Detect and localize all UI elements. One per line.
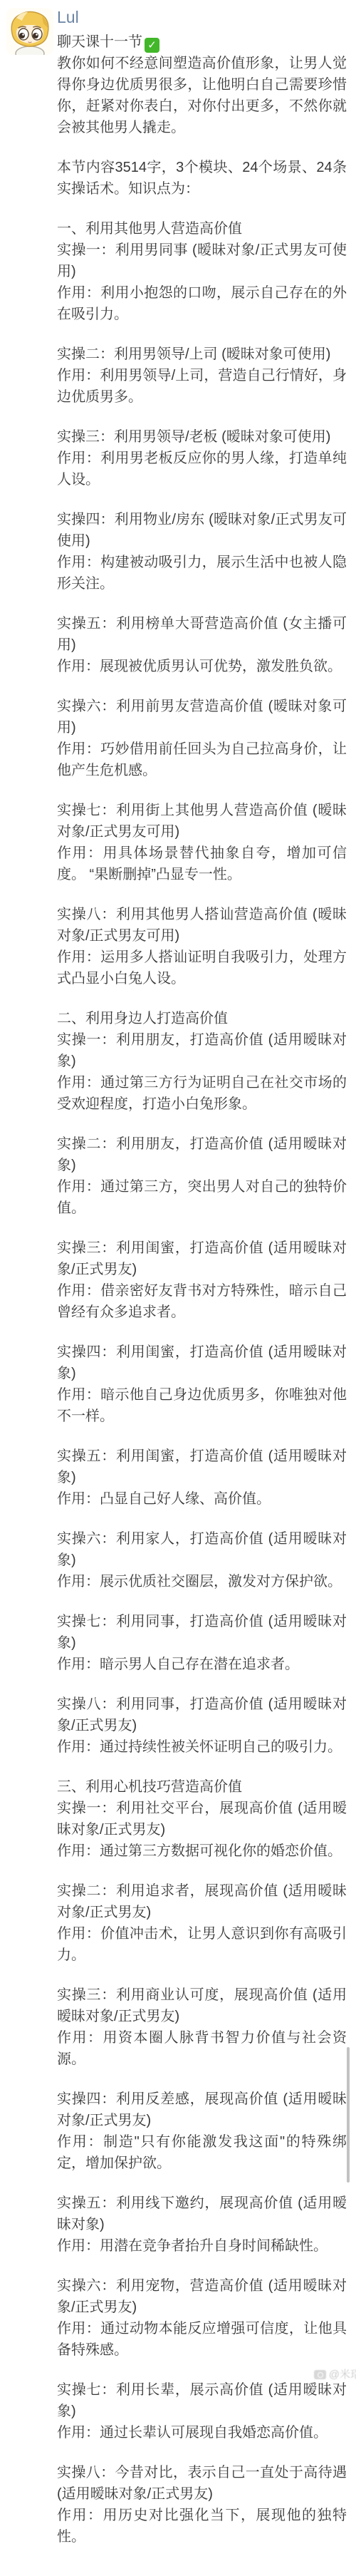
watermark-text: @米珞: [329, 2369, 356, 2380]
item-title: 实操八：利用其他男人搭讪营造高价值 (暧昧对象/正式男友可用): [57, 904, 347, 947]
item-effect: 作用：巧妙借用前任回头为自己拉高身价，让他产生危机感。: [57, 738, 347, 781]
item-title: 实操四：利用闺蜜，打造高价值 (适用暧昧对象): [57, 1341, 347, 1384]
item-effect: 作用：暗示男人自己存在潜在追求者。: [57, 1654, 347, 1675]
item-title: 实操四：利用反差感，展现高价值 (适用暧昧对象/正式男友): [57, 2088, 347, 2131]
item-effect: 作用：暗示他自己身边优质男多，你唯独对他不一样。: [57, 1384, 347, 1427]
practice-item: 实操三：利用闺蜜，打造高价值 (适用暧昧对象/正式男友)作用：借亲密好友背书对方…: [57, 1237, 347, 1323]
practice-item: 实操三：利用商业认可度，展现高价值 (适用暧昧对象/正式男友)作用：用资本圈人脉…: [57, 1984, 347, 2070]
practice-item: 实操一：利用男同事 (暧昧对象/正式男友可使用)作用：利用小抱怨的口吻，展示自己…: [57, 239, 347, 325]
item-effect: 作用：凸显自己好人缘、高价值。: [57, 1488, 347, 1510]
item-title: 实操五：利用线下邀约，展现高价值 (适用暧昧对象): [57, 2193, 347, 2235]
item-title: 实操八：利用同事，打造高价值 (适用暧昧对象/正式男友): [57, 1694, 347, 1736]
item-title: 实操四：利用物业/房东 (暧昧对象/正式男友可使用): [57, 509, 347, 552]
camera-icon: [314, 2370, 326, 2379]
item-effect: 作用：通过长辈认可展现自我婚恋高价值。: [57, 2422, 347, 2443]
scrollbar-thumb[interactable]: [347, 2047, 350, 2183]
weibo-post: Lul 聊天课十一节 教你如何不经意间塑造高价值形象，让男人觉得你身边优质男很多…: [0, 0, 356, 2576]
item-effect: 作用：通过第三方，突出男人对自己的独特价值。: [57, 1176, 347, 1219]
item-title: 实操三：利用男领导/老板 (暧昧对象可使用): [57, 426, 347, 448]
practice-item: 实操五：利用闺蜜，打造高价值 (适用暧昧对象)作用：凸显自己好人缘、高价值。: [57, 1446, 347, 1510]
item-title: 实操一：利用社交平台，展现高价值 (适用暧昧对象/正式男友): [57, 1798, 347, 1840]
practice-item: 实操三：利用男领导/老板 (暧昧对象可使用)作用：利用男老板反应你的男人缘，打造…: [57, 426, 347, 490]
item-title: 实操一：利用朋友，打造高价值 (适用暧昧对象): [57, 1029, 347, 1072]
item-title: 实操二：利用朋友，打造高价值 (适用暧昧对象): [57, 1133, 347, 1176]
item-effect: 作用：运用多人搭讪证明自我吸引力，处理方式凸显小白兔人设。: [57, 947, 347, 989]
item-title: 实操一：利用男同事 (暧昧对象/正式男友可使用): [57, 239, 347, 282]
item-effect: 作用：通过持续性被关怀证明自己的吸引力。: [57, 1736, 347, 1758]
item-title: 实操七：利用长辈，展示高价值 (适用暧昧对象): [57, 2379, 347, 2422]
practice-item: 实操八：今昔对比，表示自己一直处于高待遇 (适用暧昧对象/正式男友)作用：用历史…: [57, 2462, 347, 2547]
item-title: 实操二：利用男领导/上司 (暧昧对象可使用): [57, 344, 347, 365]
item-effect: 作用：用具体场景替代抽象自夸，增加可信度。 “果断删掉”凸显专一性。: [57, 843, 347, 885]
item-effect: 作用：借亲密好友背书对方特殊性，暗示自己曾经有众多追求者。: [57, 1280, 347, 1323]
item-effect: 作用：利用男老板反应你的男人缘，打造单纯人设。: [57, 448, 347, 490]
item-effect: 作用：价值冲击术，让男人意识到你有高吸引力。: [57, 1923, 347, 1966]
practice-item: 实操一：利用社交平台，展现高价值 (适用暧昧对象/正式男友)作用：通过第三方数据…: [57, 1798, 347, 1862]
item-effect: 作用：构建被动吸引力，展示生活中也被人隐形关注。: [57, 552, 347, 594]
section-2: 二、利用身边人打造高价值实操一：利用朋友，打造高价值 (适用暧昧对象)作用：通过…: [57, 1008, 347, 1758]
section-3: 三、利用心机技巧营造高价值实操一：利用社交平台，展现高价值 (适用暧昧对象/正式…: [57, 1776, 347, 2547]
item-title: 实操六：利用宠物，营造高价值 (适用暧昧对象/正式男友): [57, 2275, 347, 2318]
item-effect: 作用：通过第三方数据可视化你的婚恋价值。: [57, 1840, 347, 1862]
post-title-text: 聊天课十一节: [57, 34, 142, 50]
item-title: 实操三：利用商业认可度，展现高价值 (适用暧昧对象/正式男友): [57, 1984, 347, 2027]
item-effect: 作用：用潜在竞争者抬升自身时间稀缺性。: [57, 2235, 347, 2257]
item-effect: 作用：通过第三方行为证明自己在社交市场的受欢迎程度，打造小白兔形象。: [57, 1072, 347, 1115]
practice-item: 实操七：利用街上其他男人营造高价值 (暧昧对象/正式男友可用)作用：用具体场景替…: [57, 800, 347, 885]
item-effect: 作用：利用男领导/上司，营造自己行情好，身边优质男多。: [57, 365, 347, 408]
user-avatar[interactable]: [6, 8, 53, 55]
post-body: Lul 聊天课十一节 教你如何不经意间塑造高价值形象，让男人觉得你身边优质男很多…: [0, 0, 356, 2576]
knowledge-sections: 一、利用其他男人营造高价值实操一：利用男同事 (暧昧对象/正式男友可使用)作用：…: [57, 218, 347, 2547]
post-title-line: 聊天课十一节: [57, 31, 347, 53]
practice-item: 实操七：利用长辈，展示高价值 (适用暧昧对象)作用：通过长辈认可展现自我婚恋高价…: [57, 2379, 347, 2443]
practice-item: 实操八：利用其他男人搭讪营造高价值 (暧昧对象/正式男友可用)作用：运用多人搭讪…: [57, 904, 347, 989]
item-title: 实操八：今昔对比，表示自己一直处于高待遇 (适用暧昧对象/正式男友): [57, 2462, 347, 2505]
item-title: 实操三：利用闺蜜，打造高价值 (适用暧昧对象/正式男友): [57, 1237, 347, 1280]
practice-item: 实操五：利用榜单大哥营造高价值 (女主播可用)作用：展现被优质男认可优势，激发胜…: [57, 613, 347, 677]
item-effect: 作用：用历史对比强化当下，展现他的独特性。: [57, 2505, 347, 2547]
item-effect: 作用：用资本圈人脉背书智力价值与社会资源。: [57, 2027, 347, 2070]
practice-item: 实操六：利用前男友营造高价值 (暧昧对象可用)作用：巧妙借用前任回头为自己拉高身…: [57, 696, 347, 781]
practice-item: 实操一：利用朋友，打造高价值 (适用暧昧对象)作用：通过第三方行为证明自己在社交…: [57, 1029, 347, 1115]
item-title: 实操六：利用前男友营造高价值 (暧昧对象可用): [57, 696, 347, 738]
item-title: 实操二：利用追求者，展现高价值 (适用暧昧对象/正式男友): [57, 1880, 347, 1923]
practice-item: 实操二：利用朋友，打造高价值 (适用暧昧对象)作用：通过第三方，突出男人对自己的…: [57, 1133, 347, 1219]
section-heading: 三、利用心机技巧营造高价值: [57, 1776, 347, 1798]
section-heading: 二、利用身边人打造高价值: [57, 1008, 347, 1029]
practice-item: 实操四：利用闺蜜，打造高价值 (适用暧昧对象)作用：暗示他自己身边优质男多，你唯…: [57, 1341, 347, 1427]
practice-item: 实操四：利用物业/房东 (暧昧对象/正式男友可使用)作用：构建被动吸引力，展示生…: [57, 509, 347, 594]
item-effect: 作用：通过动物本能反应增强可信度，让他具备特殊感。: [57, 2318, 347, 2361]
avatar-illustration: [6, 8, 53, 55]
practice-item: 实操六：利用宠物，营造高价值 (适用暧昧对象/正式男友)作用：通过动物本能反应增…: [57, 2275, 347, 2361]
item-effect: 作用：利用小抱怨的口吻，展示自己存在的外在吸引力。: [57, 282, 347, 325]
author-name[interactable]: Lul: [57, 6, 79, 29]
weibo-watermark: @米珞: [314, 2369, 356, 2380]
item-title: 实操七：利用街上其他男人营造高价值 (暧昧对象/正式男友可用): [57, 800, 347, 843]
practice-item: 实操八：利用同事，打造高价值 (适用暧昧对象/正式男友) 作用：通过持续性被关怀…: [57, 1694, 347, 1758]
item-effect: 作用：展示优质社交圈层，激发对方保护欲。: [57, 1571, 347, 1592]
item-effect: 作用：制造"只有你能激发我这面"的特殊绑定，增加保护欲。: [57, 2131, 347, 2174]
practice-item: 实操七：利用同事，打造高价值 (适用暧昧对象)作用：暗示男人自己存在潜在追求者。: [57, 1611, 347, 1675]
section-heading: 一、利用其他男人营造高价值: [57, 218, 347, 239]
item-title: 实操五：利用闺蜜，打造高价值 (适用暧昧对象): [57, 1446, 347, 1488]
section-1: 一、利用其他男人营造高价值实操一：利用男同事 (暧昧对象/正式男友可使用)作用：…: [57, 218, 347, 989]
practice-item: 实操五：利用线下邀约，展现高价值 (适用暧昧对象)作用：用潜在竞争者抬升自身时间…: [57, 2193, 347, 2257]
practice-item: 实操二：利用追求者，展现高价值 (适用暧昧对象/正式男友)作用：价值冲击术，让男…: [57, 1880, 347, 1966]
item-effect: 作用：展现被优质男认可优势，激发胜负欲。: [57, 656, 347, 677]
green-check-emoji: [145, 38, 159, 53]
item-title: 实操六：利用家人，打造高价值 (适用暧昧对象): [57, 1528, 347, 1571]
summary-paragraph: 本节内容3514字，3个模块、24个场景、24条实操话术。知识点为：: [57, 157, 347, 200]
practice-item: 实操二：利用男领导/上司 (暧昧对象可使用)作用：利用男领导/上司，营造自己行情…: [57, 344, 347, 408]
item-title: 实操五：利用榜单大哥营造高价值 (女主播可用): [57, 613, 347, 656]
item-title: 实操七：利用同事，打造高价值 (适用暧昧对象): [57, 1611, 347, 1654]
practice-item: 实操四：利用反差感，展现高价值 (适用暧昧对象/正式男友)作用：制造"只有你能激…: [57, 2088, 347, 2174]
intro-paragraph: 教你如何不经意间塑造高价值形象，让男人觉得你身边优质男很多，让他明白自己需要珍惜…: [57, 53, 347, 138]
practice-item: 实操六：利用家人，打造高价值 (适用暧昧对象)作用：展示优质社交圈层，激发对方保…: [57, 1528, 347, 1592]
